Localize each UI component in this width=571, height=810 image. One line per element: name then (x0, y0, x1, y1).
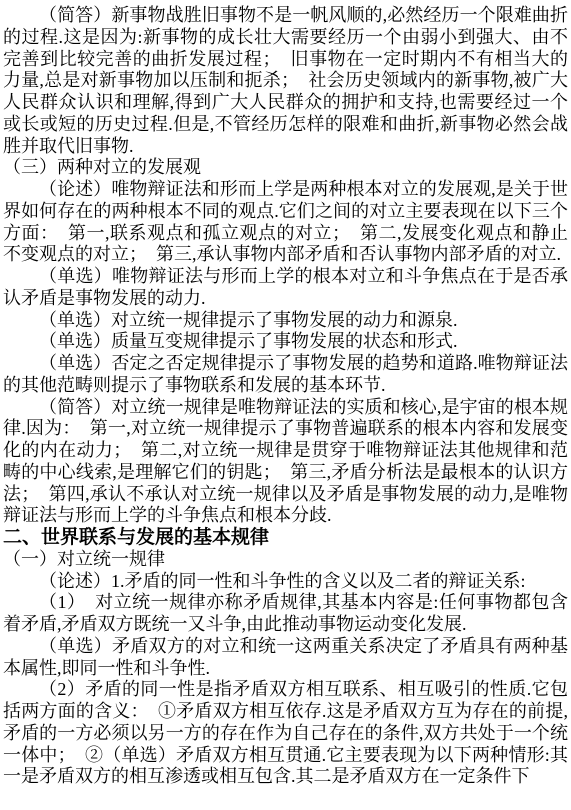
paragraph: （论述）唯物辩证法和形而上学是两种根本对立的发展观,是关于世界如何存在的两种根本… (3, 179, 568, 266)
paragraph: （单选）唯物辩证法与形而上学的根本对立和斗争焦点在于是否承认矛盾是事物发展的动力… (3, 266, 568, 310)
document-page: （简答）新事物战胜旧事物不是一帆风顺的,必然经历一个限难曲折的过程.这是因为:新… (0, 0, 571, 810)
paragraph: （单选）否定之否定规律提示了事物发展的趋势和道路.唯物辩证法的其他范畴则提示了事… (3, 353, 568, 397)
paragraph: （2）矛盾的同一性是指矛盾双方相互联系、相互吸引的性质.它包括两方面的含义： ①… (3, 679, 568, 788)
paragraph: （单选）质量互变规律提示了事物发展的状态和形式. (3, 331, 568, 353)
paragraph: （论述）1.矛盾的同一性和斗争性的含义以及二者的辩证关系: (3, 571, 568, 593)
paragraph: （简答）新事物战胜旧事物不是一帆风顺的,必然经历一个限难曲折的过程.这是因为:新… (3, 5, 568, 157)
chapter-heading: 二、世界联系与发展的基本规律 (3, 527, 568, 549)
section-heading: （一）对立统一规律 (3, 549, 568, 571)
section-heading: （三）两种对立的发展观 (3, 157, 568, 179)
paragraph: （单选）矛盾双方的对立和统一这两重关系决定了矛盾具有两种基本属性,即同一性和斗争… (3, 636, 568, 680)
paragraph: （单选）对立统一规律提示了事物发展的动力和源泉. (3, 310, 568, 332)
paragraph: （简答）对立统一规律是唯物辩证法的实质和核心,是宇宙的根本规律.因为： 第一,对… (3, 397, 568, 528)
paragraph: （1） 对立统一规律亦称矛盾规律,其基本内容是:任何事物都包含着矛盾,矛盾双方既… (3, 592, 568, 636)
